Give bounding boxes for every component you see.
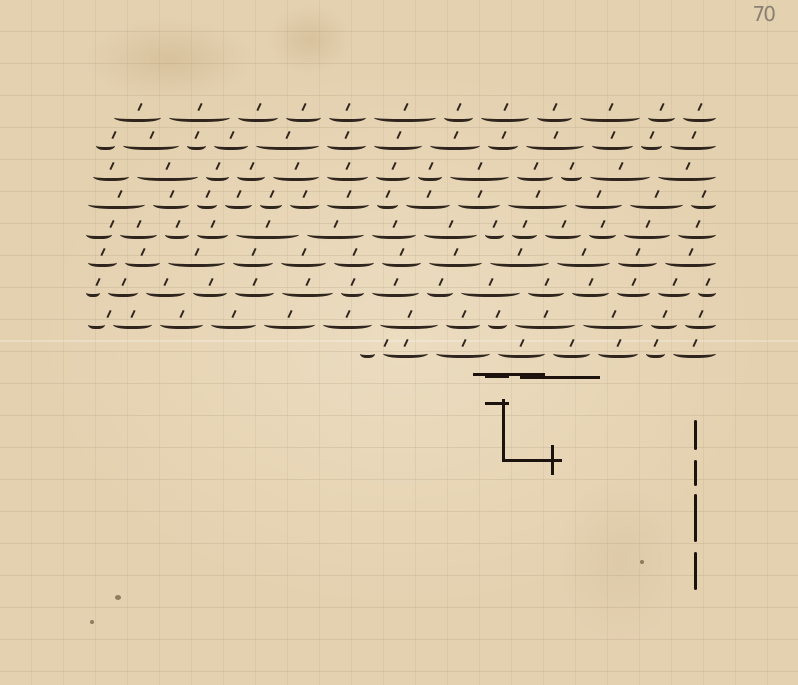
handwritten-line: [handwritten line 8 — untranscribed] — [88, 314, 716, 330]
handwritten-line: [handwritten line 7 — untranscribed] — [86, 282, 716, 298]
closing-line-ink — [520, 368, 600, 379]
handwritten-line: [handwritten line 3 — untranscribed] — [86, 166, 716, 182]
handwritten-line: [handwritten line 6 — untranscribed] — [86, 252, 716, 268]
folio-number: 70 — [753, 2, 774, 26]
manuscript-page: 70 [handwritten line 1 — untranscribed][… — [0, 0, 798, 685]
ink-spot — [640, 560, 644, 564]
ink-spot — [115, 595, 121, 600]
ink-spot — [90, 620, 94, 624]
margin-note — [690, 420, 708, 595]
handwritten-line: [handwritten line 4 — untranscribed] — [88, 194, 716, 210]
fold-crease — [0, 340, 798, 342]
handwritten-line: [handwritten line 1 — untranscribed] — [114, 107, 716, 123]
handwritten-line: [handwritten line 5 — untranscribed] — [86, 224, 716, 240]
handwritten-line: [handwritten line 2 — untranscribed] — [96, 135, 716, 151]
